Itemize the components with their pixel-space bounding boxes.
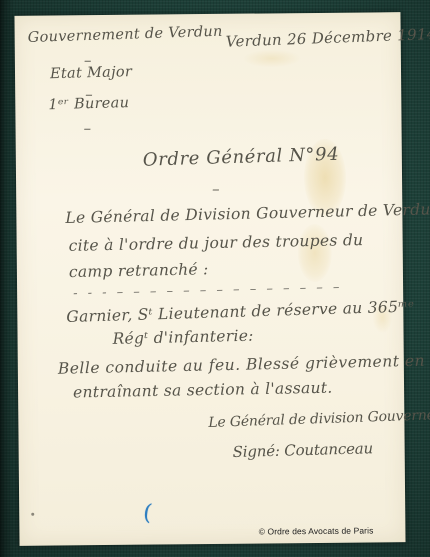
letterhead-office-line: Etat Major bbox=[50, 64, 133, 82]
citation-line: Régᵗ d'infanterie: bbox=[112, 327, 254, 348]
order-title-dash: – bbox=[212, 180, 220, 198]
intro-line: camp retranché : bbox=[69, 260, 209, 281]
citation-line: Garnier, Sᵗ Lieutenant de réserve au 365… bbox=[66, 297, 414, 326]
letterhead-office-line: Gouvernement de Verdun bbox=[27, 24, 222, 46]
letterhead-dash: – bbox=[83, 119, 91, 137]
ink-speck bbox=[31, 513, 34, 516]
blue-ink-mark: ( bbox=[142, 500, 154, 526]
commendation-line: entraînant sa section à l'assaut. bbox=[73, 379, 333, 402]
commendation-line: Belle conduite au feu. Blessé grièvement… bbox=[58, 352, 426, 378]
photo-credit: © Ordre des Avocats de Paris bbox=[259, 525, 374, 536]
intro-line: cite à l'ordre du jour des troupes du bbox=[69, 231, 364, 255]
dateline: Verdun 26 Décembre 1914 bbox=[225, 25, 430, 51]
paper-stain bbox=[243, 49, 301, 68]
signature-title-line: Le Général de division Gouverneur bbox=[208, 407, 430, 431]
intro-line: Le Général de Division Gouverneur de Ver… bbox=[65, 200, 430, 227]
paper-sheet: Gouvernement de Verdun – Etat Major – 1ᵉ… bbox=[14, 12, 405, 546]
document-photo: Gouvernement de Verdun – Etat Major – 1ᵉ… bbox=[0, 0, 430, 557]
order-title: Ordre Général N°94 bbox=[143, 144, 340, 171]
signature-signed-line: Signé: Coutanceau bbox=[232, 439, 373, 461]
dashed-separator: - - - – – – – – – – – – – – – – – bbox=[73, 280, 343, 301]
letterhead-office-line: 1ᵉʳ Bureau bbox=[48, 95, 129, 113]
